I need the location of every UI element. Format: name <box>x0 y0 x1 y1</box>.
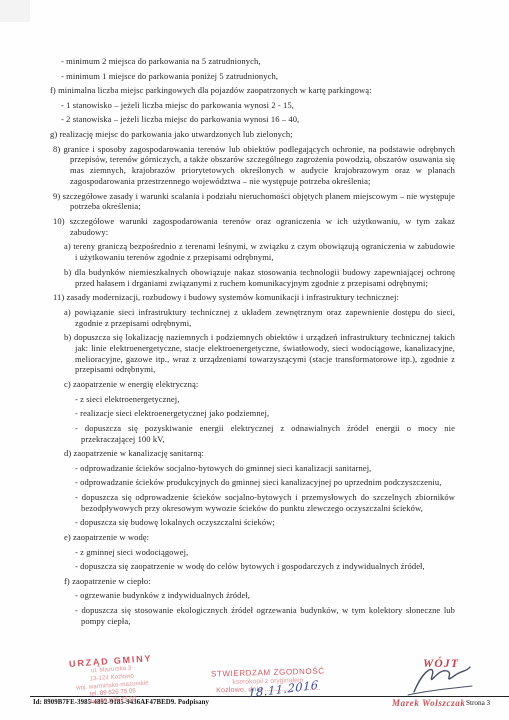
document-line: 9) szczegółowe zasady i warunki scalania… <box>70 191 455 213</box>
document-line: - dopuszcza się zaopatrzenie w wodę do c… <box>81 561 455 572</box>
document-line: - minimum 2 miejsca do parkowania na 5 z… <box>67 56 455 67</box>
document-line: a) tereny graniczą bezpośrednio z terena… <box>75 241 455 263</box>
document-line: - ogrzewanie budynków z indywidualnych ź… <box>81 590 455 601</box>
signature-scribble <box>404 662 474 698</box>
document-line: - odprowadzanie ścieków produkcyjnych do… <box>81 477 455 488</box>
document-line: - z sieci elektroenergetycznej, <box>81 394 455 405</box>
document-line: - 1 stanowisko – jeżeli liczba miejsc do… <box>67 100 455 111</box>
document-line: b) dla budynków niemieszkalnych obowiązu… <box>75 267 455 289</box>
page-number: Strona 3 <box>466 699 490 707</box>
document-line: e) zaopatrzenie w wodę: <box>75 532 455 543</box>
document-line: 10) szczegółowe warunki zagospodarowania… <box>70 216 455 238</box>
document-line: f) zaopatrzenie w ciepło: <box>75 576 455 587</box>
office-stamp-address1: ul. Mazurska 3 <box>51 662 171 678</box>
office-stamp-title: URZĄD GMINY <box>50 652 170 670</box>
document-line: b) dopuszcza się lokalizację naziemnych … <box>75 332 455 375</box>
document-line: d) zaopatrzenie w kanalizację sanitarną: <box>75 448 455 459</box>
document-line: - 2 stanowiska – jeżeli liczba miejsc do… <box>67 114 455 125</box>
document-line: 8) granice i sposoby zagospodarowania te… <box>70 144 455 187</box>
document-line: - dopuszcza się pozyskiwanie energii ele… <box>81 423 455 445</box>
scan-artifact <box>0 0 30 22</box>
office-stamp-address2: 13-124 Kozłowo <box>52 670 172 686</box>
document-line: - z gminnej sieci wodociągowej, <box>81 547 455 558</box>
document-line: f) minimalna liczba miejsc parkingowych … <box>62 85 455 96</box>
document-body: - minimum 2 miejsca do parkowania na 5 z… <box>48 56 455 630</box>
document-id-text: Id: 8909B7FE-3985-4892-9185-9436AF47BED9… <box>33 699 209 706</box>
document-line: - dopuszcza się odprowadzenie ścieków so… <box>81 492 455 514</box>
document-line: - dopuszcza się budowę lokalnych oczyszc… <box>81 517 455 528</box>
document-line: - odprowadzanie ścieków socjalno-bytowyc… <box>81 463 455 474</box>
document-line: 11) zasady modernizacji, rozbudowy i bud… <box>70 292 455 303</box>
document-line: a) powiązanie sieci infrastruktury techn… <box>75 307 455 329</box>
document-line: - dopuszcza się stosowanie ekologicznych… <box>81 605 455 627</box>
mayor-stamp-name: Marek Wolszczak <box>392 698 465 708</box>
office-stamp-address3: woj. warmińsko-mazurskie <box>52 677 172 693</box>
document-line: - minimum 1 miejsce do parkowania poniże… <box>67 71 455 82</box>
document-line: - realizacje sieci elektroenergetycznej … <box>81 408 455 419</box>
document-line: g) realizację miejsc do parkowania jako … <box>62 129 455 140</box>
scanned-document-page: - minimum 2 miejsca do parkowania na 5 z… <box>0 0 509 720</box>
document-line: c) zaopatrzenie w energię elektryczną: <box>75 379 455 390</box>
